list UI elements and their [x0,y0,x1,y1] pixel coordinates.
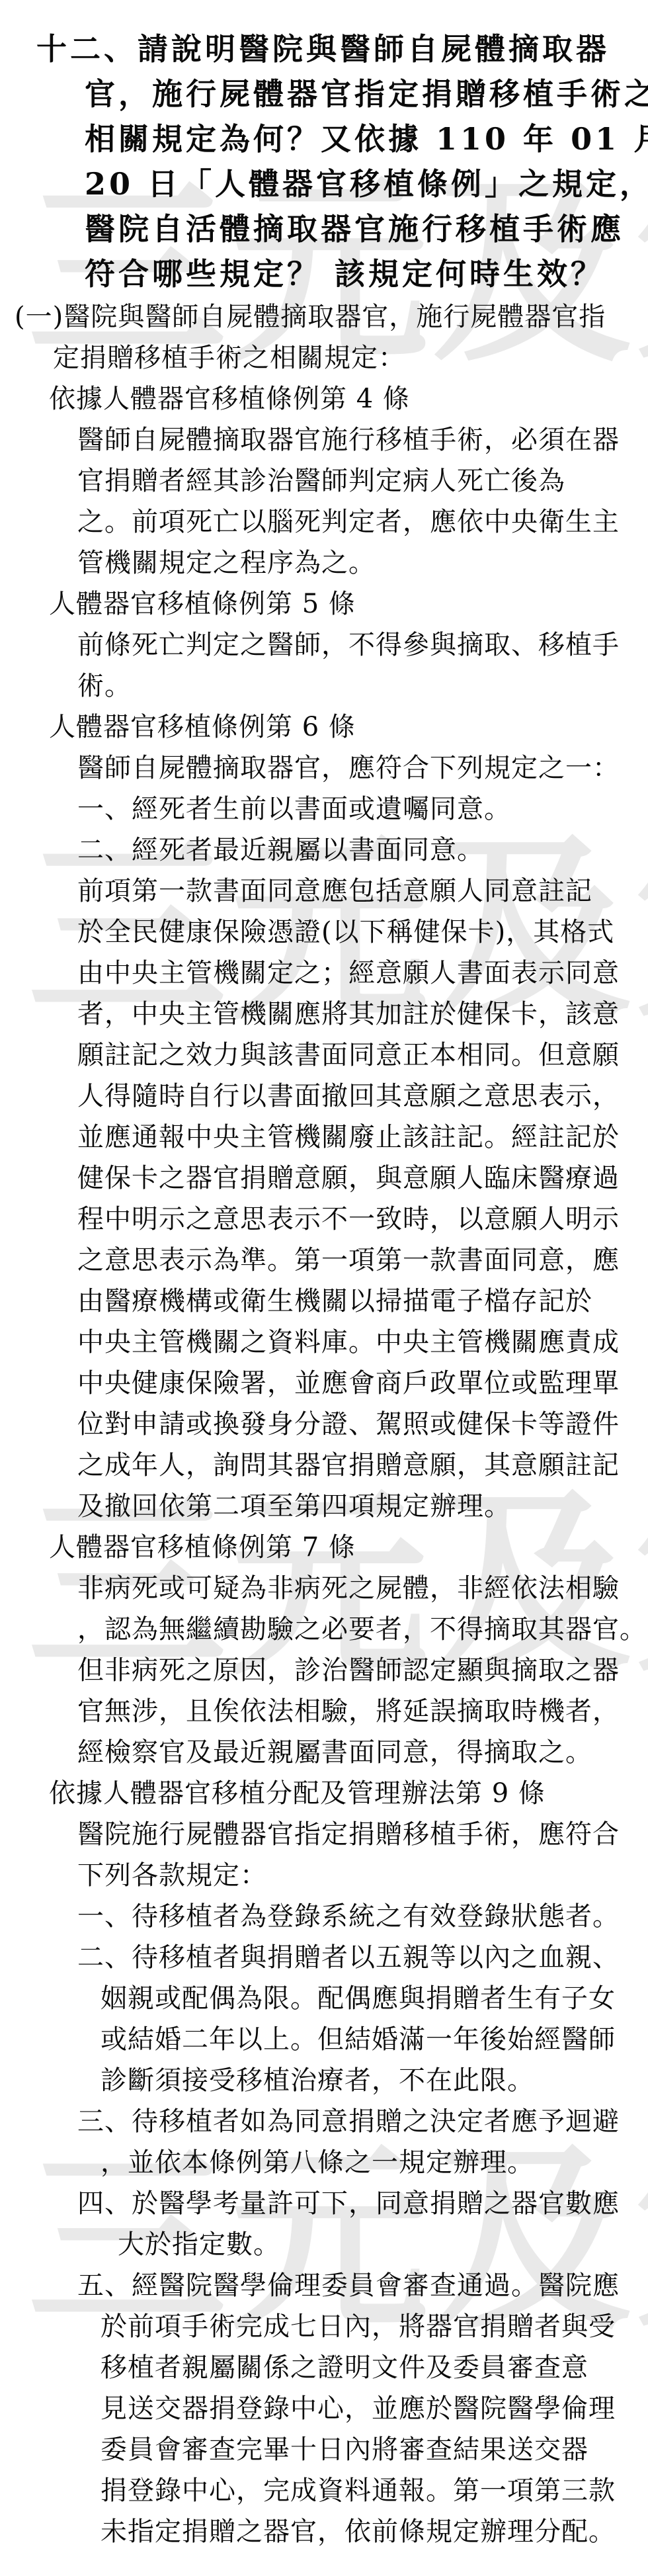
question-title-block: 十二、請說明醫院與醫師自屍體摘取器官，施行屍體器官指定捐贈移植手術之相關規定為何… [0,26,648,296]
document-page: 三元及第三元及第三元及第三元及第 十二、請說明醫院與醫師自屍體摘取器官，施行屍體… [0,0,648,2576]
text-line: 診斷須接受移植治療者，不在此限。 [101,2060,648,2101]
title-line: 相關規定為何？又依據 110 年 01 月 [85,116,648,161]
text-line: 委員會審查完畢十日內將審查結果送交器 [101,2429,648,2470]
text-line: 人體器官移植條例第 5 條 [49,583,648,624]
text-line: 官捐贈者經其診治醫師判定病人死亡後為 [77,460,648,501]
text-line: 術。 [77,665,648,707]
text-line: 程中明示之意思表示不一致時，以意願人明示 [77,1199,648,1240]
text-line: 由醫療機構或衛生機關以掃描電子檔存記於 [77,1281,648,1322]
text-line: 一、待移植者為登錄系統之有效登錄狀態者。 [77,1896,648,1937]
text-line: 未指定捐贈之器官，依前條規定辦理分配。 [101,2511,648,2552]
text-line: 二、經死者最近親屬以書面同意。 [77,830,648,871]
text-line: 中央主管機關之資料庫。中央主管機關應責成 [77,1322,648,1363]
text-line: 姻親或配偶為限。配偶應與捐贈者生有子女 [101,1978,648,2019]
text-line: 四、於醫學考量許可下，同意捐贈之器官數應 [77,2183,648,2224]
text-line: 由中央主管機關定之；經意願人書面表示同意 [77,953,648,994]
text-line: 人體器官移植條例第 7 條 [49,1527,648,1568]
text-line: 移植者親屬關係之證明文件及委員審查意 [101,2347,648,2388]
title-line: 十二、請說明醫院與醫師自屍體摘取器 [36,26,648,71]
document-content: 十二、請說明醫院與醫師自屍體摘取器官，施行屍體器官指定捐贈移植手術之相關規定為何… [0,26,648,2552]
text-line: 及撤回依第二項至第四項規定辦理。 [77,1486,648,1527]
text-line: 前條死亡判定之醫師，不得參與摘取、移植手 [77,624,648,665]
text-line: 五、經醫院醫學倫理委員會審查通過。醫院應 [77,2265,648,2306]
text-line: 非病死或可疑為非病死之屍體，非經依法相驗 [77,1568,648,1609]
text-line: 醫師自屍體摘取器官，應符合下列規定之一： [77,748,648,789]
title-line: 醫院自活體摘取器官施行移植手術應 [85,206,648,251]
text-line: 定捐贈移植手術之相關規定： [53,337,648,378]
text-line: ，並依本條例第八條之一規定辦理。 [101,2142,648,2183]
text-line: 於全民健康保險憑證(以下稱健保卡)，其格式 [77,912,648,953]
title-line: 官，施行屍體器官指定捐贈移植手術之 [85,71,648,116]
title-line: 符合哪些規定？ 該規定何時生效？ [85,251,648,296]
text-line: 之成年人，詢問其器官捐贈意願，其意願註記 [77,1445,648,1486]
text-line: 人體器官移植條例第 6 條 [49,707,648,748]
text-line: 人得隨時自行以書面撤回其意願之意思表示， [77,1076,648,1117]
title-line: 20 日「人體器官移植條例」之規定， [85,161,648,206]
text-line: 依據人體器官移植條例第 4 條 [49,378,648,419]
text-line: 於前項手術完成七日內，將器官捐贈者與受 [101,2306,648,2347]
text-line: 大於指定數。 [118,2224,648,2265]
text-line: 管機關規定之程序為之。 [77,542,648,583]
text-line: 醫院施行屍體器官指定捐贈移植手術，應符合 [77,1814,648,1855]
text-line: 一、經死者生前以書面或遺囑同意。 [77,789,648,830]
text-line: 中央健康保險署，並應會商戶政單位或監理單 [77,1363,648,1404]
text-line: 但非病死之原因，診治醫師認定顯與摘取之器 [77,1650,648,1691]
text-line: 前項第一款書面同意應包括意願人同意註記 [77,871,648,912]
text-line: 下列各款規定： [77,1855,648,1896]
text-line: 並應通報中央主管機關廢止該註記。經註記於 [77,1117,648,1158]
text-line: 捐登錄中心，完成資料通報。第一項第三款 [101,2470,648,2511]
text-line: 之意思表示為準。第一項第一款書面同意，應 [77,1240,648,1281]
text-line: 位對申請或換發身分證、駕照或健保卡等證件 [77,1404,648,1445]
text-line: 見送交器捐登錄中心，並應於醫院醫學倫理 [101,2388,648,2429]
text-line: 醫師自屍體摘取器官施行移植手術，必須在器 [77,419,648,460]
text-line: 之。前項死亡以腦死判定者，應依中央衛生主 [77,501,648,542]
text-line: ，認為無繼續勘驗之必要者，不得摘取其器官。 [77,1609,648,1650]
text-line: 依據人體器官移植分配及管理辦法第 9 條 [49,1773,648,1814]
text-line: 三、待移植者如為同意捐贈之決定者應予迴避 [77,2101,648,2142]
text-line: 健保卡之器官捐贈意願，與意願人臨床醫療過 [77,1158,648,1199]
answer-body-block: (一)醫院與醫師自屍體摘取器官，施行屍體器官指定捐贈移植手術之相關規定：依據人體… [0,296,648,2552]
text-line: 者，中央主管機關應將其加註於健保卡，該意 [77,994,648,1035]
text-line: 或結婚二年以上。但結婚滿一年後始經醫師 [101,2019,648,2060]
text-line: 願註記之效力與該書面同意正本相同。但意願 [77,1035,648,1076]
text-line: 二、待移植者與捐贈者以五親等以內之血親、 [77,1937,648,1978]
text-line: (一)醫院與醫師自屍體摘取器官，施行屍體器官指 [15,296,648,337]
text-line: 官無涉，且俟依法相驗，將延誤摘取時機者， [77,1691,648,1732]
text-line: 經檢察官及最近親屬書面同意，得摘取之。 [77,1732,648,1773]
